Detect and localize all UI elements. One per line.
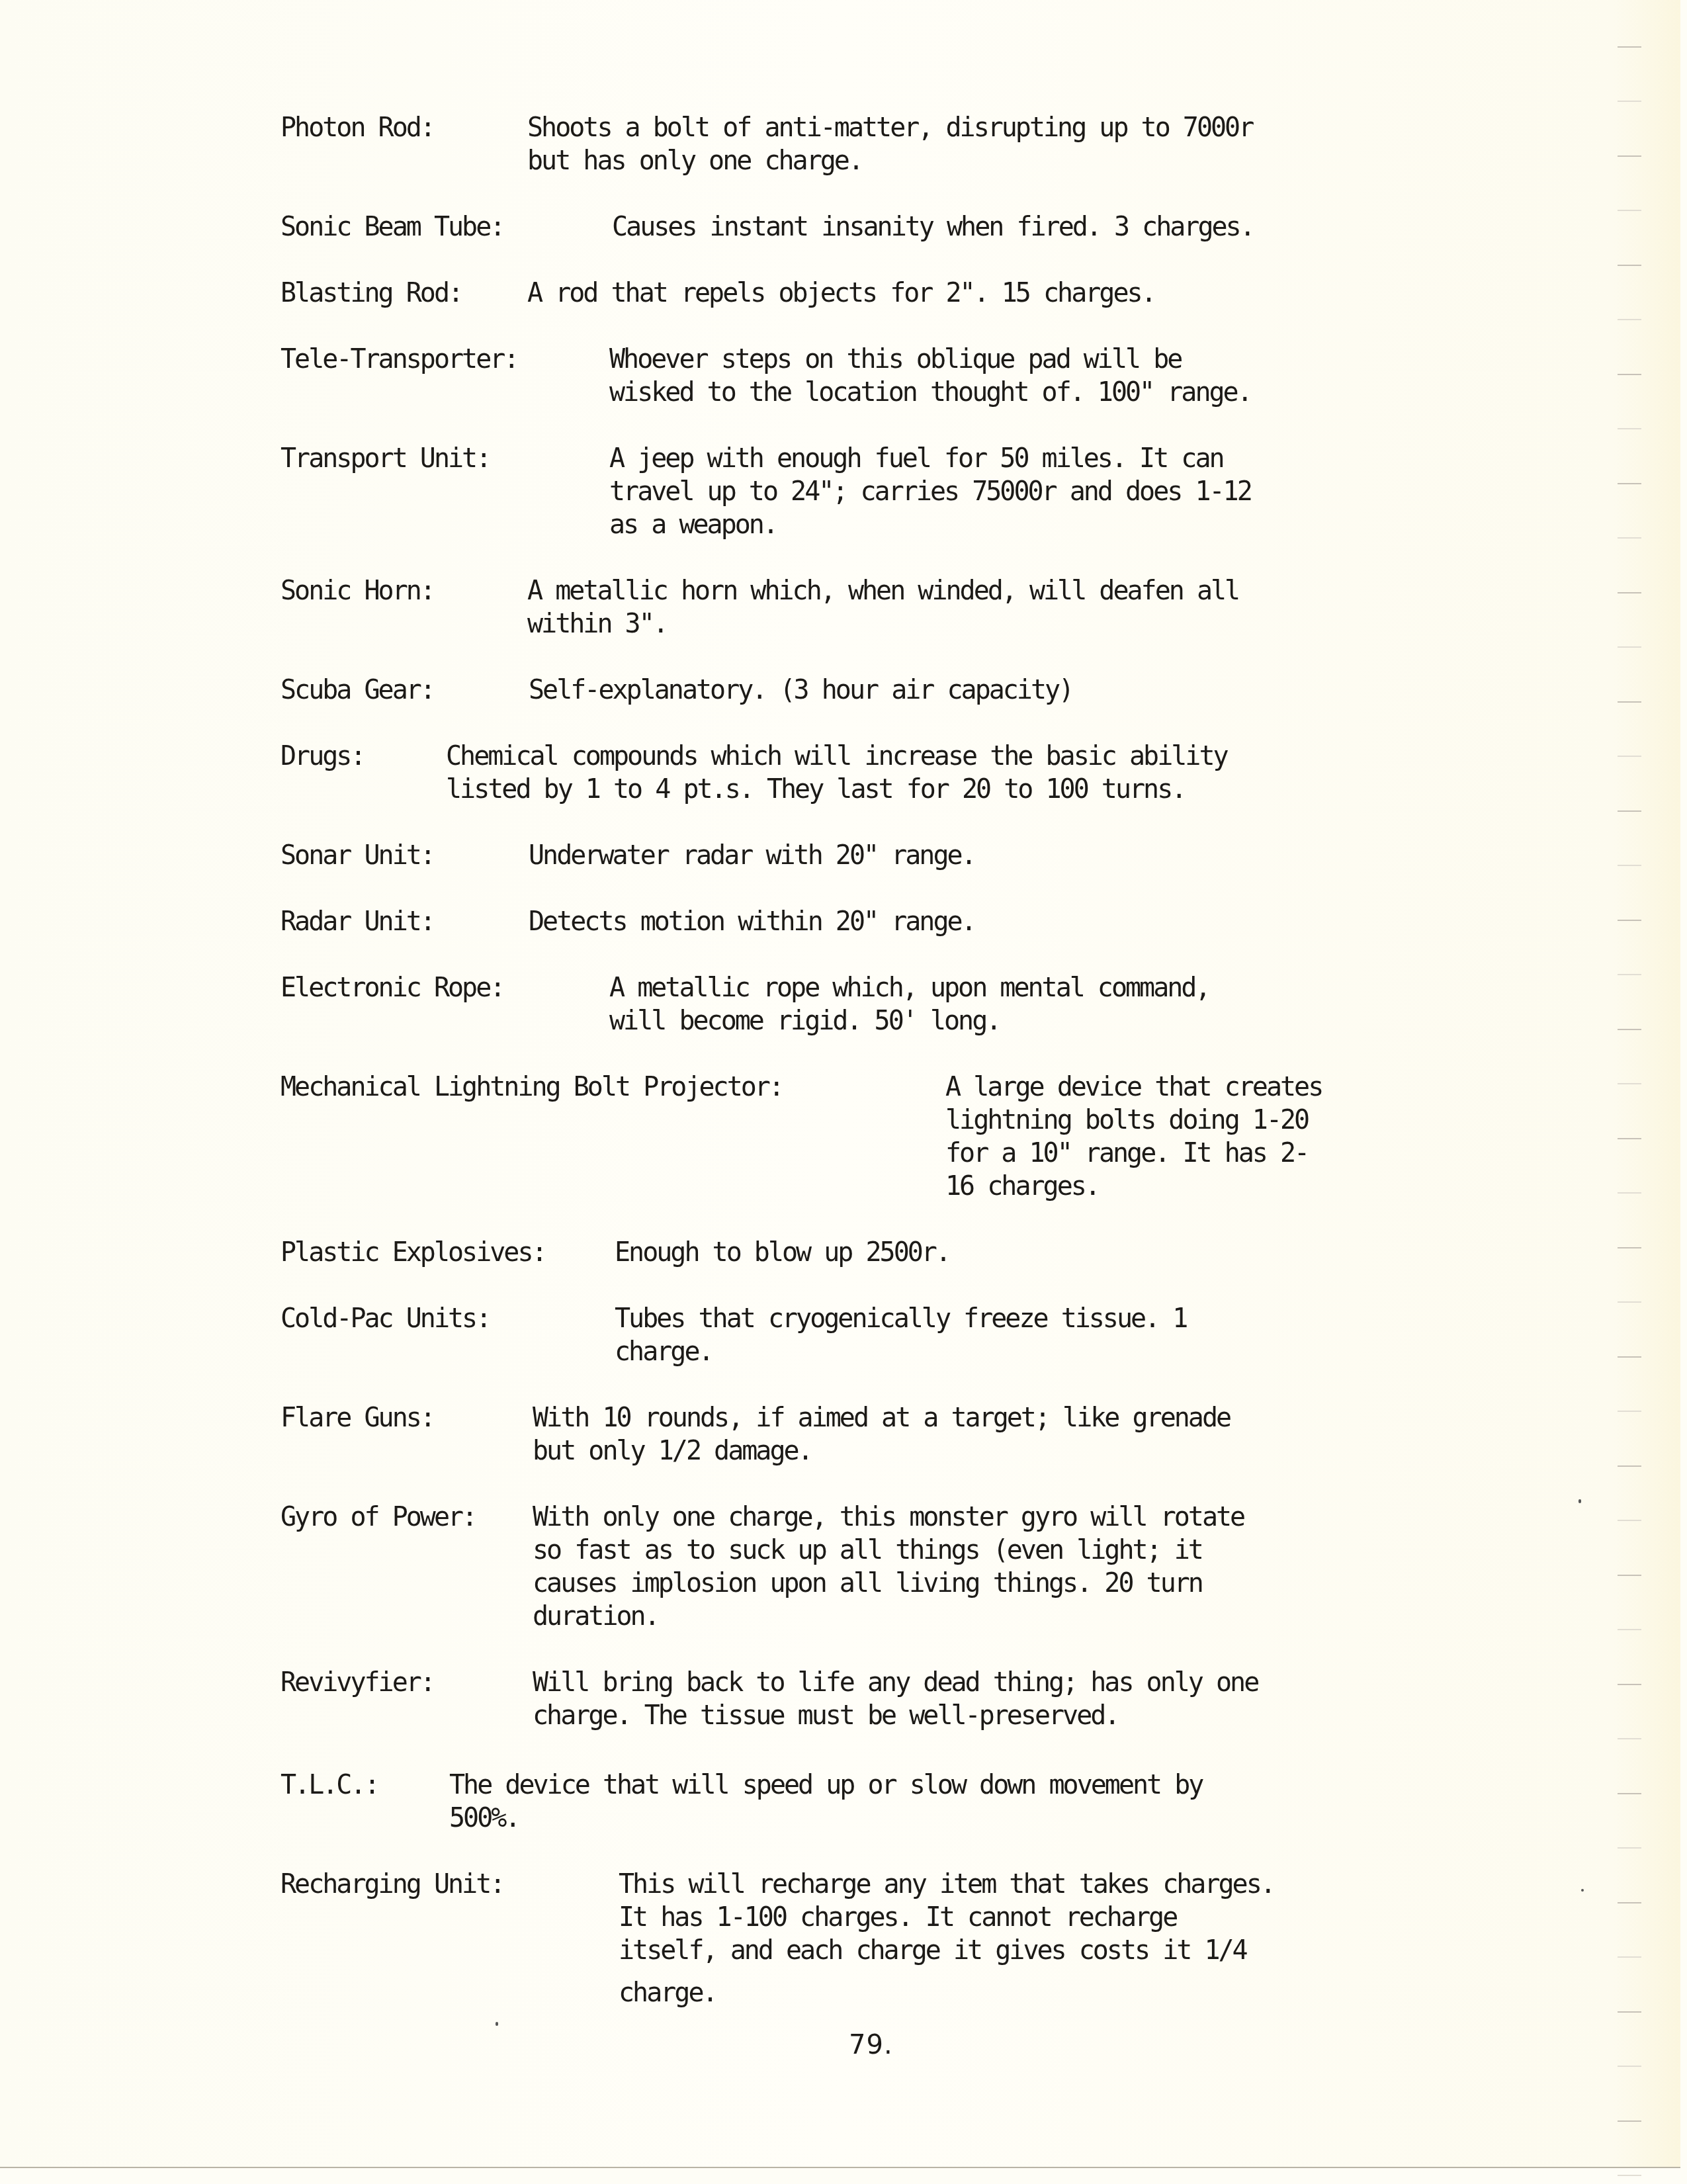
entry-label: Flare Guns:	[281, 1401, 434, 1434]
entry-label: Blasting Rod:	[281, 277, 462, 310]
edge-tick	[1618, 1793, 1641, 1794]
edge-tick	[1618, 1083, 1641, 1084]
edge-tick	[1618, 592, 1641, 593]
edge-tick	[1618, 1902, 1641, 1903]
entry-label: Sonic Horn:	[281, 574, 434, 607]
edge-tick	[1618, 2120, 1641, 2122]
edge-tick	[1618, 1029, 1641, 1030]
ink-speck	[1579, 1499, 1581, 1503]
entry-label: Drugs:	[281, 740, 365, 773]
edge-tick	[1618, 1684, 1641, 1685]
edge-tick	[1618, 1247, 1641, 1248]
entry-label: Electronic Rope:	[281, 971, 503, 1004]
edge-tick	[1618, 2011, 1641, 2013]
edge-tick	[1618, 646, 1641, 648]
entry-description: Tubes that cryogenically freeze tissue. …	[615, 1302, 1392, 1368]
edge-tick	[1618, 865, 1641, 866]
edge-tick	[1618, 1575, 1641, 1576]
entry-description: A metallic rope which, upon mental comma…	[609, 971, 1392, 1037]
entry-label: Cold-Pac Units:	[281, 1302, 490, 1335]
document-page: Photon Rod: Shoots a bolt of anti-matter…	[0, 0, 1680, 2168]
entry-description: Shoots a bolt of anti-matter, disrupting…	[527, 111, 1392, 177]
entry-description: Causes instant insanity when fired. 3 ch…	[612, 210, 1392, 243]
edge-tick	[1618, 155, 1641, 157]
entry-description: Underwater radar with 20" range.	[529, 839, 1392, 872]
entry-description: Chemical compounds which will increase t…	[446, 740, 1392, 806]
edge-tick	[1618, 101, 1641, 102]
entry-label: Transport Unit:	[281, 442, 490, 475]
entry-label: Sonar Unit:	[281, 839, 434, 872]
edge-tick	[1618, 2175, 1641, 2176]
ink-speck	[496, 2022, 498, 2026]
entry-description: This will recharge any item that takes c…	[619, 1868, 1392, 2009]
entry-label: T.L.C.:	[281, 1769, 378, 1802]
entry-description: Self-explanatory. (3 hour air capacity)	[529, 674, 1392, 707]
entry-label: Mechanical Lightning Bolt Projector:	[281, 1070, 783, 1104]
entry-description: A metallic horn which, when winded, will…	[527, 574, 1392, 640]
edge-tick	[1618, 319, 1641, 320]
entry-label: Photon Rod:	[281, 111, 434, 144]
ink-speck	[1581, 1889, 1584, 1892]
edge-tick	[1618, 1465, 1641, 1467]
entry-description: With 10 rounds, if aimed at a target; li…	[533, 1401, 1392, 1467]
edge-tick	[1618, 1138, 1641, 1139]
edge-tick	[1618, 1301, 1641, 1303]
edge-tick	[1618, 210, 1641, 211]
entry-label: Revivyfier:	[281, 1666, 434, 1699]
edge-tick	[1618, 1847, 1641, 1849]
edge-tick	[1618, 701, 1641, 703]
entry-description: With only one charge, this monster gyro …	[533, 1501, 1392, 1633]
entry-label: Sonic Beam Tube:	[281, 210, 503, 243]
edge-tick	[1618, 1956, 1641, 1958]
edge-tick	[1618, 920, 1641, 921]
edge-tick	[1618, 537, 1641, 539]
entry-description: Will bring back to life any dead thing; …	[533, 1666, 1392, 1732]
entry-description: A rod that repels objects for 2". 15 cha…	[527, 277, 1392, 310]
edge-tick	[1618, 1738, 1641, 1739]
entry-label: Scuba Gear:	[281, 674, 434, 707]
edge-tick	[1618, 1520, 1641, 1521]
edge-tick	[1618, 974, 1641, 975]
entry-label: Gyro of Power:	[281, 1501, 476, 1534]
page-number: 79.	[849, 2030, 893, 2060]
edge-tick	[1618, 810, 1641, 812]
edge-tick	[1618, 483, 1641, 484]
edge-tick	[1618, 428, 1641, 429]
edge-tick	[1618, 46, 1641, 48]
entry-description: Whoever steps on this oblique pad will b…	[609, 343, 1392, 409]
edge-tick	[1618, 1192, 1641, 1194]
edge-tick	[1618, 265, 1641, 266]
entry-description: Detects motion within 20" range.	[529, 905, 1392, 938]
entry-description: The device that will speed up or slow do…	[449, 1769, 1392, 1835]
entry-description: A large device that creates lightning bo…	[945, 1070, 1392, 1203]
entry-label: Plastic Explosives:	[281, 1236, 546, 1269]
entry-label: Tele-Transporter:	[281, 343, 517, 376]
entry-label: Recharging Unit:	[281, 1868, 503, 1901]
edge-tick	[1618, 374, 1641, 375]
edge-tick	[1618, 1356, 1641, 1358]
entry-description: A jeep with enough fuel for 50 miles. It…	[609, 442, 1392, 541]
entry-label: Radar Unit:	[281, 905, 434, 938]
entry-description: Enough to blow up 2500r.	[615, 1236, 1392, 1269]
edge-tick	[1618, 2066, 1641, 2067]
edge-tick	[1618, 1411, 1641, 1412]
edge-tick	[1618, 756, 1641, 757]
edge-tick	[1618, 1629, 1641, 1630]
